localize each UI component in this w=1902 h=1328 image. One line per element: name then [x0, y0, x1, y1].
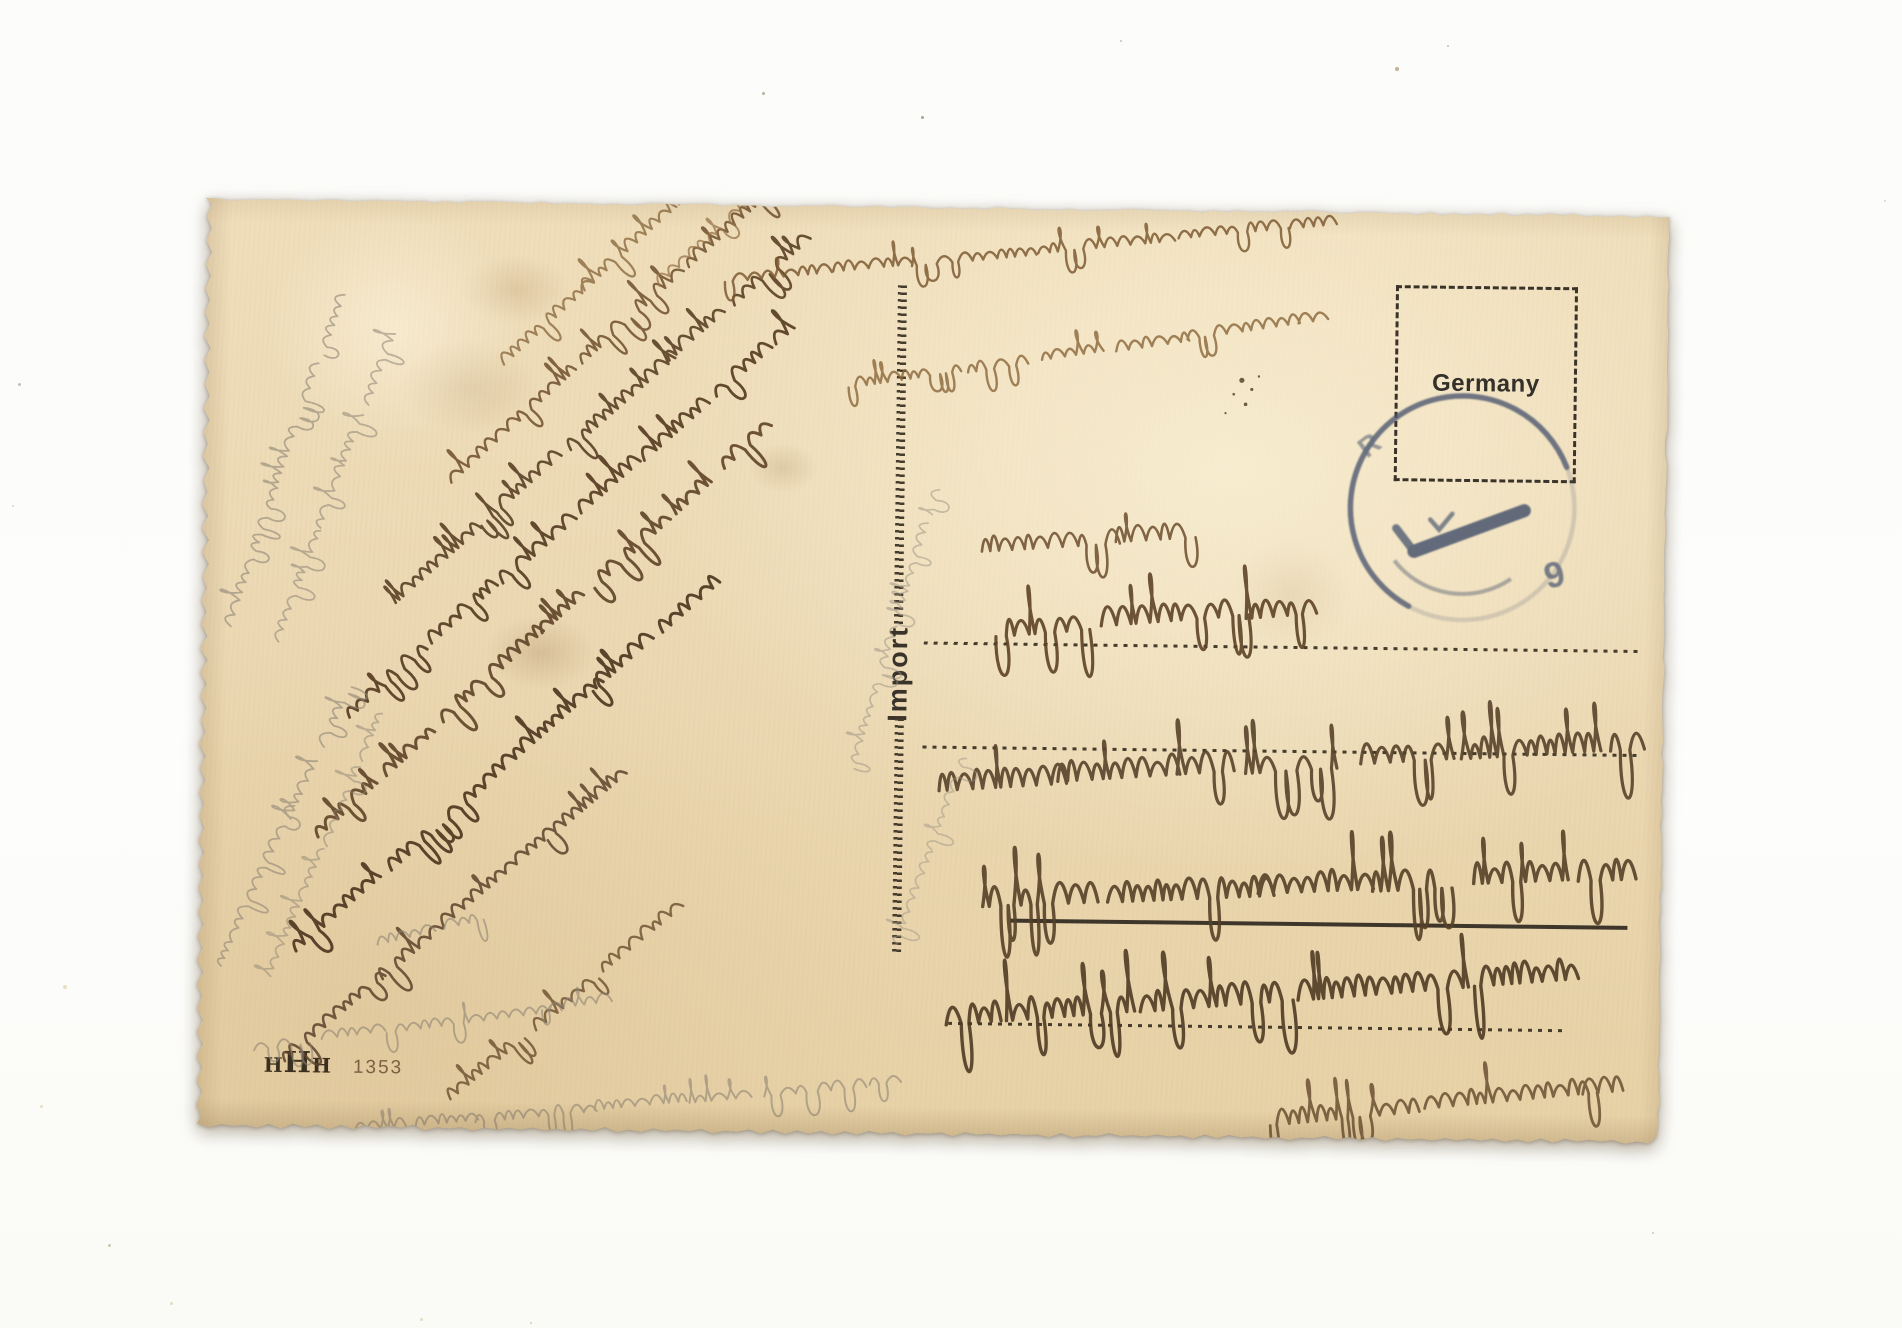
handwriting-message-ink-8	[435, 888, 700, 1117]
dust-speck	[921, 116, 924, 119]
handwriting-message-ink-2	[431, 196, 825, 501]
handwriting-address-town	[980, 820, 1638, 958]
dust-speck	[40, 1105, 43, 1108]
postmark-outer-ring	[1310, 356, 1614, 660]
handwriting-dateline-upside-down-2	[845, 294, 1332, 412]
handwriting-dateline-upside-down-1	[722, 200, 1339, 305]
handwriting-pencil-bottom-1	[251, 984, 615, 1072]
dust-speck	[1884, 200, 1886, 202]
handwriting-pencil-word-und	[376, 911, 490, 965]
dust-speck	[420, 1318, 423, 1321]
dust-speck	[18, 383, 21, 386]
postmark-numeral-1-flag	[1396, 528, 1414, 551]
handwriting-address-surname	[936, 693, 1648, 842]
handwriting-address-first-name	[991, 561, 1320, 684]
ink-blots	[1224, 375, 1260, 415]
dust-speck	[762, 92, 765, 95]
postmark-stamp: 9 R	[1309, 355, 1616, 662]
handwriting-message-ink-1	[485, 196, 790, 381]
handwriting-pencil-left-edge-3	[202, 677, 369, 975]
postcard-back: Import Germany H H H 1353	[195, 196, 1672, 1145]
postmark-check-mark	[1430, 514, 1452, 530]
dust-speck	[12, 505, 14, 507]
scan-background: Import Germany H H H 1353	[0, 0, 1902, 1328]
handwriting-message-ink-4	[329, 304, 808, 735]
handwriting-layer	[200, 196, 1656, 1145]
dust-speck	[1447, 45, 1449, 47]
handwriting-pencil-left-edge-2	[258, 326, 412, 648]
handwriting-pencil-center-1	[836, 484, 955, 774]
handwriting-pencil-bottom-2	[353, 1057, 904, 1145]
handwriting-pencil-center-2	[880, 752, 985, 950]
handwriting-address-region	[1266, 1050, 1627, 1145]
dust-speck	[170, 1302, 173, 1305]
postmark-numeral-1	[1414, 509, 1524, 552]
overlay-layer: 9 R	[195, 196, 1672, 1145]
handwriting-message-ink-6	[276, 557, 737, 972]
handwriting-message-ink-5	[299, 404, 789, 858]
dust-speck	[530, 1322, 532, 1324]
dust-speck	[108, 1244, 111, 1247]
postcard-wrapper: Import Germany H H H 1353	[206, 196, 1672, 1128]
dust-speck	[63, 985, 67, 989]
dust-speck	[1395, 67, 1399, 71]
handwriting-pencil-left-edge-1	[209, 287, 362, 633]
dust-speck	[1120, 40, 1122, 42]
postmark-inner-arc	[1343, 388, 1582, 627]
dust-speck	[1652, 1232, 1654, 1234]
handwriting-address-salutation	[980, 510, 1198, 585]
